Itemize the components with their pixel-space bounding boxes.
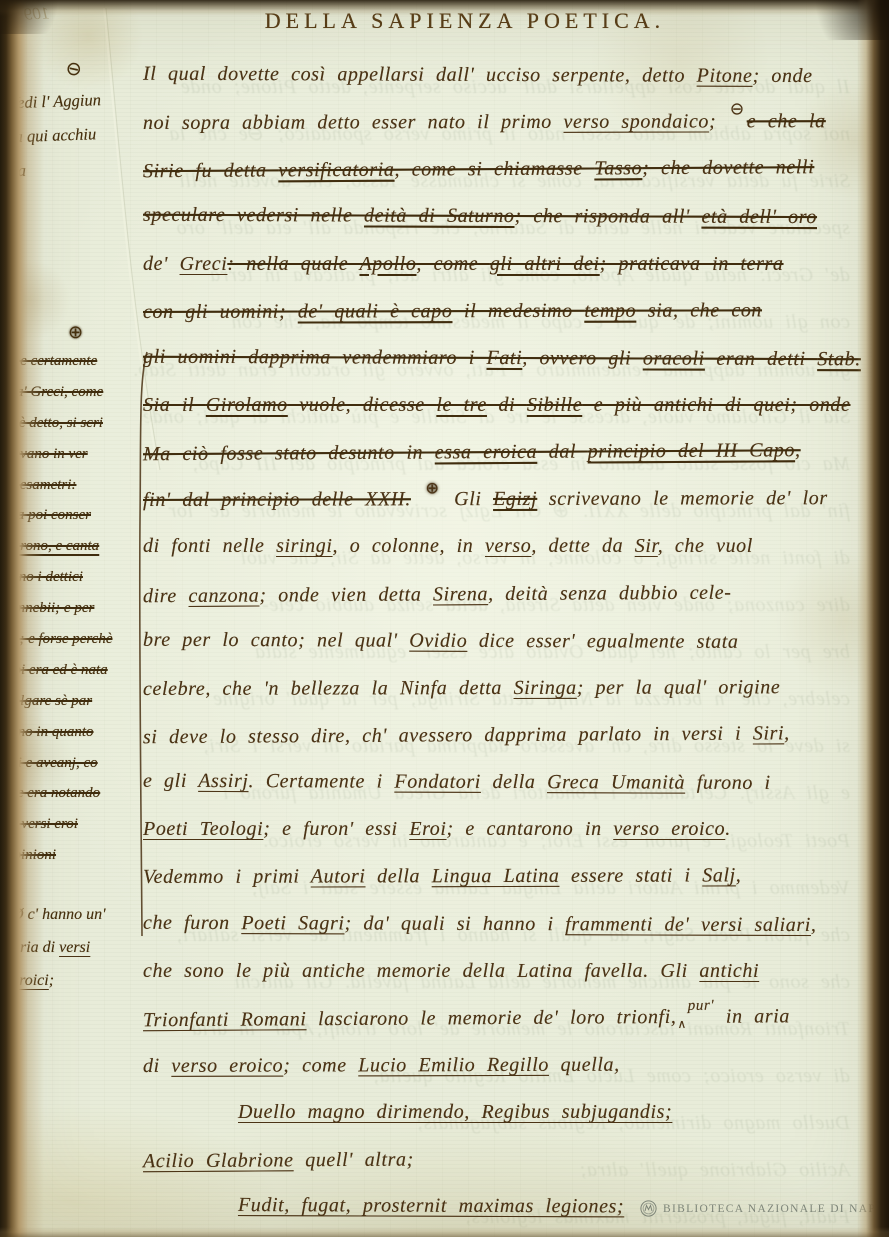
text-segment: sia, che con [636, 299, 762, 321]
text-segment: Eroi [409, 818, 446, 840]
text-segment: sà; e forse perchè [6, 631, 113, 647]
manuscript-line: fin' dal principio delle XXII. ⊕ Gli Egi… [143, 475, 873, 524]
margin-note-line: ginnebii; e per [6, 593, 141, 624]
text-segment: ma poi conser [6, 507, 91, 523]
text-segment: Sir [635, 535, 658, 557]
text-segment: della [481, 771, 547, 793]
margin-note-line: ta qui acchiu [9, 116, 140, 155]
text-segment: , [811, 914, 817, 936]
text-segment: dal [537, 441, 588, 463]
text-segment: , come si chiamasse [394, 158, 594, 181]
text-segment: ; da' quali si hanno i [344, 912, 565, 935]
text-segment: verso eroico [171, 1055, 283, 1077]
text-segment: di fonti nelle [143, 535, 276, 557]
margin-note-line: s' è detto, si scri [6, 408, 141, 439]
manuscript-line: dire canzona; onde vien detta Sirena, de… [143, 568, 873, 620]
text-segment: Assirj [198, 770, 248, 792]
text-segment: Salj [702, 865, 736, 887]
margin-note-vedi-aggiunta: ⊖Vedi l' Aggiunta qui acchiusa [8, 82, 141, 188]
text-segment: , [736, 865, 742, 887]
text-segment: Fondatori [394, 771, 481, 793]
text-segment: devano in ver [6, 446, 88, 462]
margin-note-line: in versi eroi [6, 809, 141, 840]
text-segment: me era notando [6, 785, 100, 801]
text-segment: Ø [12, 906, 24, 923]
text-segment: opinioni [6, 847, 56, 863]
text-segment: , [784, 722, 790, 744]
margin-note-line: Vedi l' Aggiun [8, 82, 139, 121]
text-segment: , [795, 439, 801, 461]
text-segment: . Certamente i [248, 770, 394, 793]
text-segment: volgare sè par [6, 693, 92, 709]
text-segment: Sibille [527, 394, 582, 416]
text-segment: essa eroica [435, 441, 538, 464]
text-segment: eran detti [705, 348, 817, 370]
text-segment: varono, e canta [6, 538, 99, 554]
manuscript-line: Ma ciò fosse stato desunto in essa eroic… [143, 427, 873, 479]
margin-note-line: sa [11, 150, 142, 189]
text-segment: e che la [747, 110, 826, 132]
manuscript-line: noi sopra abbiam detto esser nato il pri… [143, 98, 873, 147]
text-segment: essere stati i [559, 865, 702, 887]
manuscript-line: de' Greci: nella quale Apollo, come gli … [143, 241, 873, 288]
text-segment: quell' altra; [294, 1149, 414, 1172]
text-segment: praticava in terra [619, 253, 784, 275]
inserted-word: pur' [688, 983, 715, 1030]
library-watermark-text: BIBLIOTECA NAZIONALE DI NAPOLI [663, 1203, 889, 1215]
margin-note-line: poi era ed è nata [6, 655, 141, 686]
text-segment: in aria [714, 1005, 790, 1027]
text-segment: Tasso [594, 157, 642, 179]
text-segment: siringi [276, 535, 332, 557]
manuscript-line: di verso eroico; come Lucio Emilio Regil… [143, 1041, 873, 1090]
text-segment: il medesimo [452, 300, 584, 322]
library-watermark: BIBLIOTECA NAZIONALE DI NAPOLI [640, 1200, 889, 1217]
text-segment: , deità senza dubbio cele- [488, 581, 732, 604]
stray-ink-mark: 9 [1, 1014, 13, 1037]
manuscript-line: con gli uomini; de' quali è capo il mede… [143, 287, 873, 336]
text-segment: noi sopra abbiam detto esser nato il pri… [143, 111, 564, 134]
manuscript-line: celebre, che 'n bellezza la Ninfa detta … [143, 664, 873, 713]
text-segment: Lingua Latina [432, 865, 560, 887]
text-segment: di [487, 394, 527, 416]
page-corner-top-right [799, 0, 889, 40]
text-segment: ; per la qual' origine [577, 676, 781, 699]
page-corner-top-left [0, 0, 70, 34]
main-text-block: Il qual dovette così appellarsi dall' uc… [143, 52, 873, 1231]
text-segment: Fudit, fugat, prosternit maximas legione… [238, 1194, 624, 1217]
text-segment: bre per lo canto; nel qual' [143, 628, 409, 651]
text-segment: Siringa [514, 677, 577, 699]
margin-note-line: si esametri: [6, 470, 141, 501]
manuscript-line: Trionfanti Romani lasciarono le memorie … [143, 993, 873, 1045]
text-segment: Duello magno dirimendo, Regibus subjugan… [238, 1101, 672, 1123]
margin-note-struck: ⊕che certamentetra' Greci, comes' è dett… [6, 346, 141, 871]
text-segment: Sia il [143, 394, 206, 416]
text-segment: Gli [443, 488, 494, 510]
manuscript-line: e gli Assirj. Certamente i Fondatori del… [143, 758, 873, 808]
text-segment: ; onde [752, 65, 812, 87]
text-segment: Autori [311, 866, 366, 888]
margin-note-aria-versi: Ø c' hanno un'aria di versieroici; [12, 898, 137, 997]
manuscript-line: che sono le più antiche memorie della La… [143, 948, 873, 995]
text-segment: si esametri: [6, 477, 76, 493]
text-segment [411, 488, 423, 510]
text-segment: speculare vedersi nelle [143, 204, 364, 227]
text-segment: Pitone [697, 65, 753, 87]
reference-mark-icon: ⊕ [68, 322, 83, 343]
library-logo-icon [640, 1200, 657, 1217]
text-segment: vuole, dicesse [288, 394, 437, 416]
text-segment: Acilio Glabrione [143, 1150, 294, 1173]
manuscript-line: Sirie fu detta versificatoria, come si c… [143, 144, 873, 196]
margin-note-line: bii e aveanj, co [6, 748, 141, 779]
manuscript-line: Poeti Teologi; e furon' essi Eroi; e can… [143, 806, 873, 853]
text-segment: verso eroico [613, 818, 725, 840]
text-segment: scrivevano le memorie de' lor [537, 487, 828, 510]
manuscript-line: di fonti nelle siringi, o colonne, in ve… [143, 523, 873, 570]
text-segment: ; e furon' essi [263, 818, 409, 840]
manuscript-line: Vedemmo i primi Autori della Lingua Lati… [143, 852, 873, 901]
text-segment: verso spondaico [563, 111, 709, 133]
text-segment: oracoli [643, 347, 705, 369]
text-segment: ; e cantarono in [447, 818, 614, 840]
text-segment: antichi [699, 960, 759, 982]
text-segment: versificatoria [278, 159, 394, 182]
margin-note-line: opinioni [6, 840, 141, 871]
text-segment: che furon [143, 911, 241, 933]
text-segment: in versi eroi [6, 816, 78, 832]
text-segment: , ovvero gli [522, 347, 643, 369]
text-segment: Egizj [493, 488, 537, 510]
text-segment: bii e aveanj, co [6, 755, 98, 771]
margin-note-line: me era notando [6, 778, 141, 809]
text-segment: furono i [685, 772, 771, 794]
text-segment: tra' Greci, come [6, 384, 103, 400]
text-segment: , come [416, 253, 489, 275]
text-segment: gli uomini dapprima vendemmiaro i [143, 346, 487, 369]
text-segment: Trionfanti Romani [143, 1008, 307, 1031]
text-segment: Stab. [817, 348, 861, 370]
text-segment: celebre, che 'n bellezza la Ninfa detta [143, 677, 514, 700]
text-segment: canzona [188, 584, 259, 606]
text-segment: Vedemmo i primi [143, 866, 311, 888]
text-segment: della [365, 866, 431, 888]
text-segment: tempo [584, 299, 636, 321]
text-segment: , dette da [531, 535, 634, 557]
text-segment: ; [49, 972, 54, 989]
text-segment: con gli uomini; [143, 300, 298, 322]
text-segment: di [143, 1055, 171, 1077]
margin-note-line: varono, e canta [6, 531, 141, 562]
text-segment: le tre [436, 394, 487, 416]
text-segment: Greci [180, 253, 228, 275]
text-segment: principio del III Capo [588, 439, 795, 462]
text-segment: frammenti de' versi saliari [565, 913, 811, 936]
text-segment: che sono le più antiche memorie della La… [143, 960, 699, 982]
text-segment: Fati [486, 347, 522, 369]
text-segment: Vedi l' Aggiun [9, 90, 102, 112]
margin-note-line: che certamente [6, 346, 141, 377]
text-segment: Greca Umanità [547, 771, 685, 793]
manuscript-line: gli uomini dapprima vendemmiaro i Fati, … [143, 334, 873, 384]
text-segment: Il qual dovette così appellarsi dall' uc… [143, 63, 697, 87]
text-segment: c' hanno un' [24, 906, 106, 923]
text-segment: eroici [12, 972, 49, 989]
text-segment: gli altri dei [490, 253, 600, 275]
text-segment: de' quali è capo [298, 300, 453, 322]
manuscript-line: che furon Poeti Sagri; da' quali si hann… [143, 899, 873, 949]
text-segment: ; [600, 253, 619, 275]
text-segment: verso [485, 535, 531, 557]
text-segment: ; che risponda all' [515, 205, 702, 228]
manuscript-page: Il qual dovette così appellarsi dall' uc… [0, 0, 889, 1237]
text-segment: sa [11, 161, 26, 181]
manuscript-line: Sia il Girolamo vuole, dicesse le tre di… [143, 382, 873, 429]
manuscript-line: si deve lo stesso dire, ch' avessero dap… [143, 710, 873, 762]
text-segment: e più antichi di quei; onde [582, 394, 850, 416]
text-segment: Poeti Sagri [241, 912, 344, 934]
text-segment: Apollo [359, 253, 416, 275]
margin-note-line: ma poi conser [6, 500, 141, 531]
text-segment: deità di Saturno [364, 205, 515, 228]
text-segment: ; onde vien detta [259, 583, 433, 606]
text-segment: lano in quanto [6, 724, 94, 740]
text-segment: ginnebii; e per [6, 600, 94, 616]
text-segment: Poeti Teologi [143, 818, 263, 840]
text-segment: quella, [549, 1054, 620, 1076]
text-segment: . [725, 818, 731, 840]
text-segment: Ovidio [409, 629, 467, 651]
text-segment: : nella quale [227, 253, 359, 275]
text-segment: dice esser' egualmente stata [467, 630, 738, 653]
text-segment: ; che dovette nelli [642, 156, 814, 179]
manuscript-line: bre per lo canto; nel qual' Ovidio dice … [143, 616, 873, 666]
margin-note-line: sà; e forse perchè [6, 624, 141, 655]
manuscript-line: Duello magno dirimendo, Regibus subjugan… [143, 1089, 873, 1136]
text-segment: dire [143, 584, 189, 606]
text-segment: ; come [283, 1054, 358, 1076]
manuscript-line: Acilio Glabrione quell' altra; [143, 1134, 873, 1186]
text-segment: rono i dettici [6, 569, 83, 585]
margin-note-line: devano in ver [6, 439, 141, 470]
text-segment: versi [59, 939, 90, 956]
margin-note-line: eroici; [12, 964, 137, 997]
text-segment: ta qui acchiu [10, 124, 97, 146]
text-segment: che certamente [6, 353, 97, 369]
margin-note-line: volgare sè par [6, 686, 141, 717]
margin-note-line: lano in quanto [6, 717, 141, 748]
text-segment: de' [143, 253, 180, 275]
margin-note-line: tra' Greci, come [6, 377, 141, 408]
text-segment: Lucio Emilio Regillo [358, 1054, 549, 1076]
text-segment: età dell' oro [701, 206, 817, 228]
editorial-mark-icon: ⊖ [730, 86, 745, 133]
editorial-mark-icon: ⊕ [425, 465, 439, 512]
text-segment: si deve lo stesso dire, ch' avessero dap… [143, 722, 753, 748]
margin-note-line: aria di versi [12, 931, 137, 964]
page-title: DELLA SAPIENZA POETICA. [110, 8, 820, 34]
text-segment: Sirie fu detta [143, 160, 278, 183]
text-segment: Girolamo [206, 394, 288, 416]
margin-note-line: Ø c' hanno un' [12, 898, 137, 931]
text-segment: ; [709, 111, 728, 133]
text-segment: aria di [12, 939, 59, 956]
manuscript-line: speculare vedersi nelle deità di Saturno… [143, 192, 873, 242]
text-segment: Sirena [433, 583, 488, 605]
text-segment: s' è detto, si scri [6, 415, 103, 431]
text-segment: fin' dal principio delle XXII. [143, 489, 411, 512]
text-segment: Siri [753, 722, 784, 744]
text-segment: Ma ciò fosse stato desunto in [143, 442, 435, 466]
margin-note-line: rono i dettici [6, 562, 141, 593]
text-segment: poi era ed è nata [6, 662, 108, 678]
text-segment: , o colonne, in [333, 535, 485, 557]
text-segment: , che vuol [658, 535, 753, 557]
manuscript-line: Il qual dovette così appellarsi dall' uc… [143, 51, 873, 101]
text-segment: lasciarono le memorie de' loro trionfi, [306, 1006, 676, 1030]
text-segment: e gli [143, 770, 198, 792]
